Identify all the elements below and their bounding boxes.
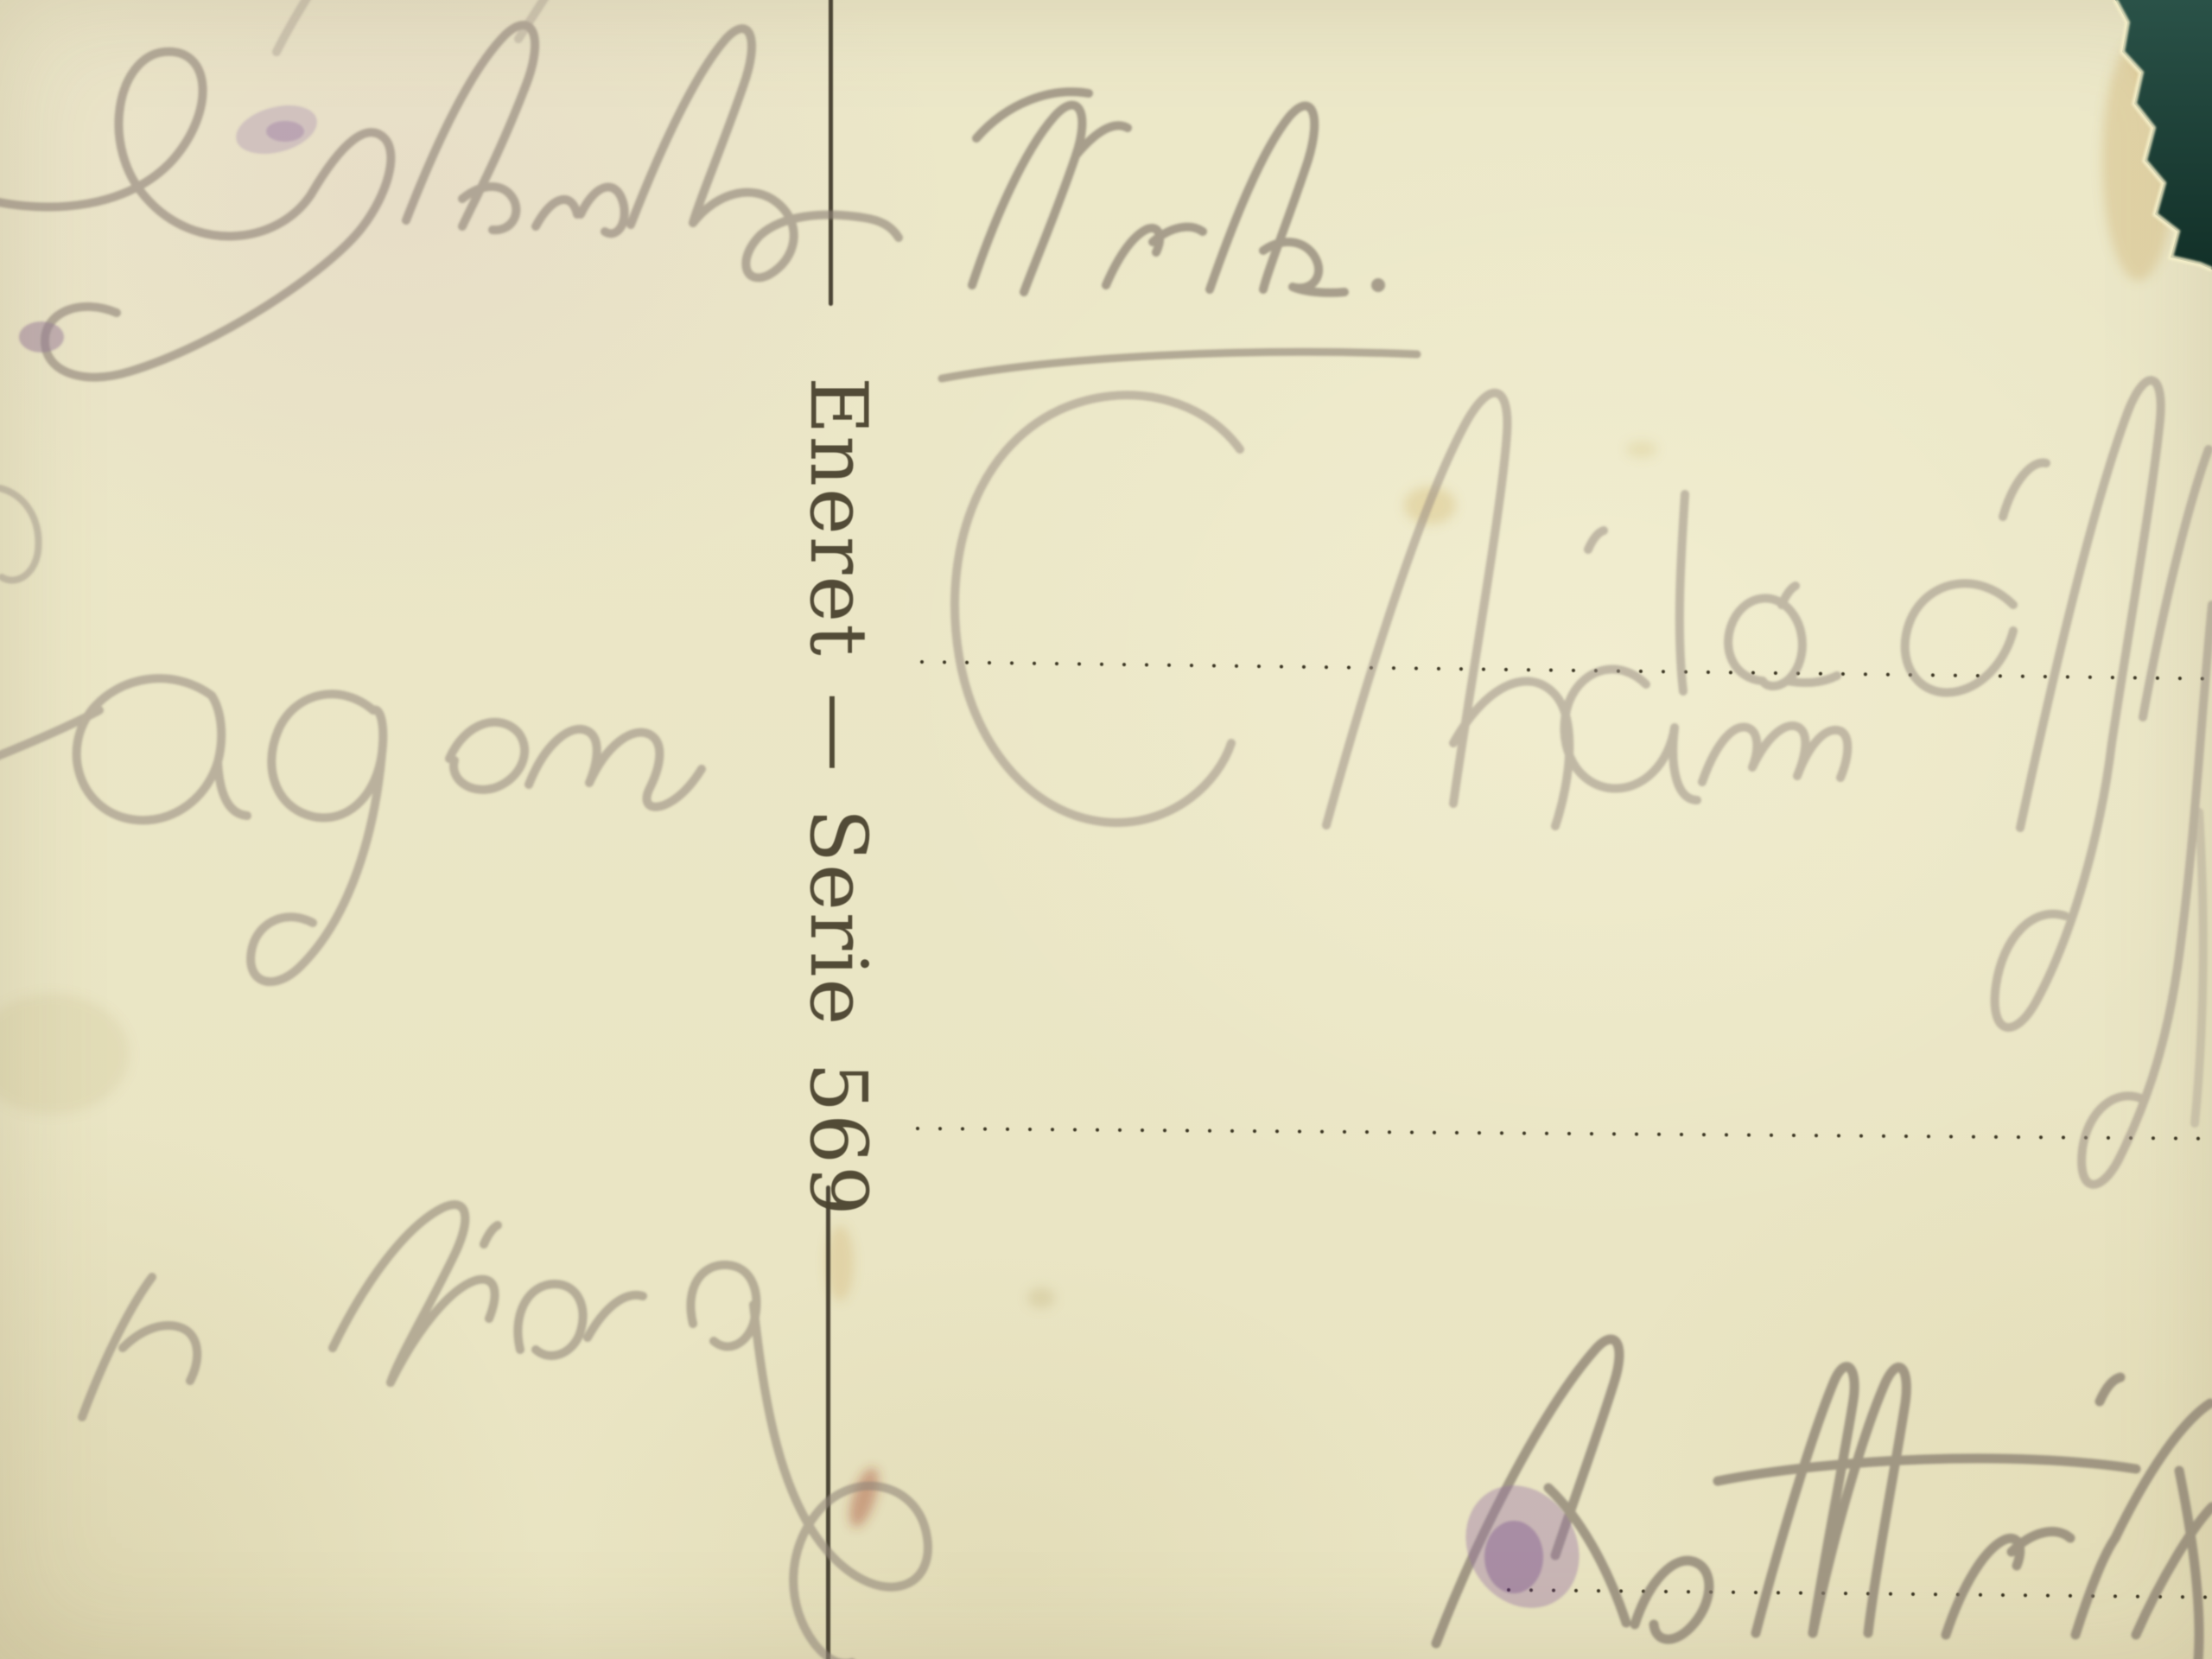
backdrop-teal: [2115, 0, 2212, 270]
postcard-paper: Eneret — Serie 569: [0, 0, 2212, 1659]
photo-backdrop-corner: [0, 0, 2212, 1659]
